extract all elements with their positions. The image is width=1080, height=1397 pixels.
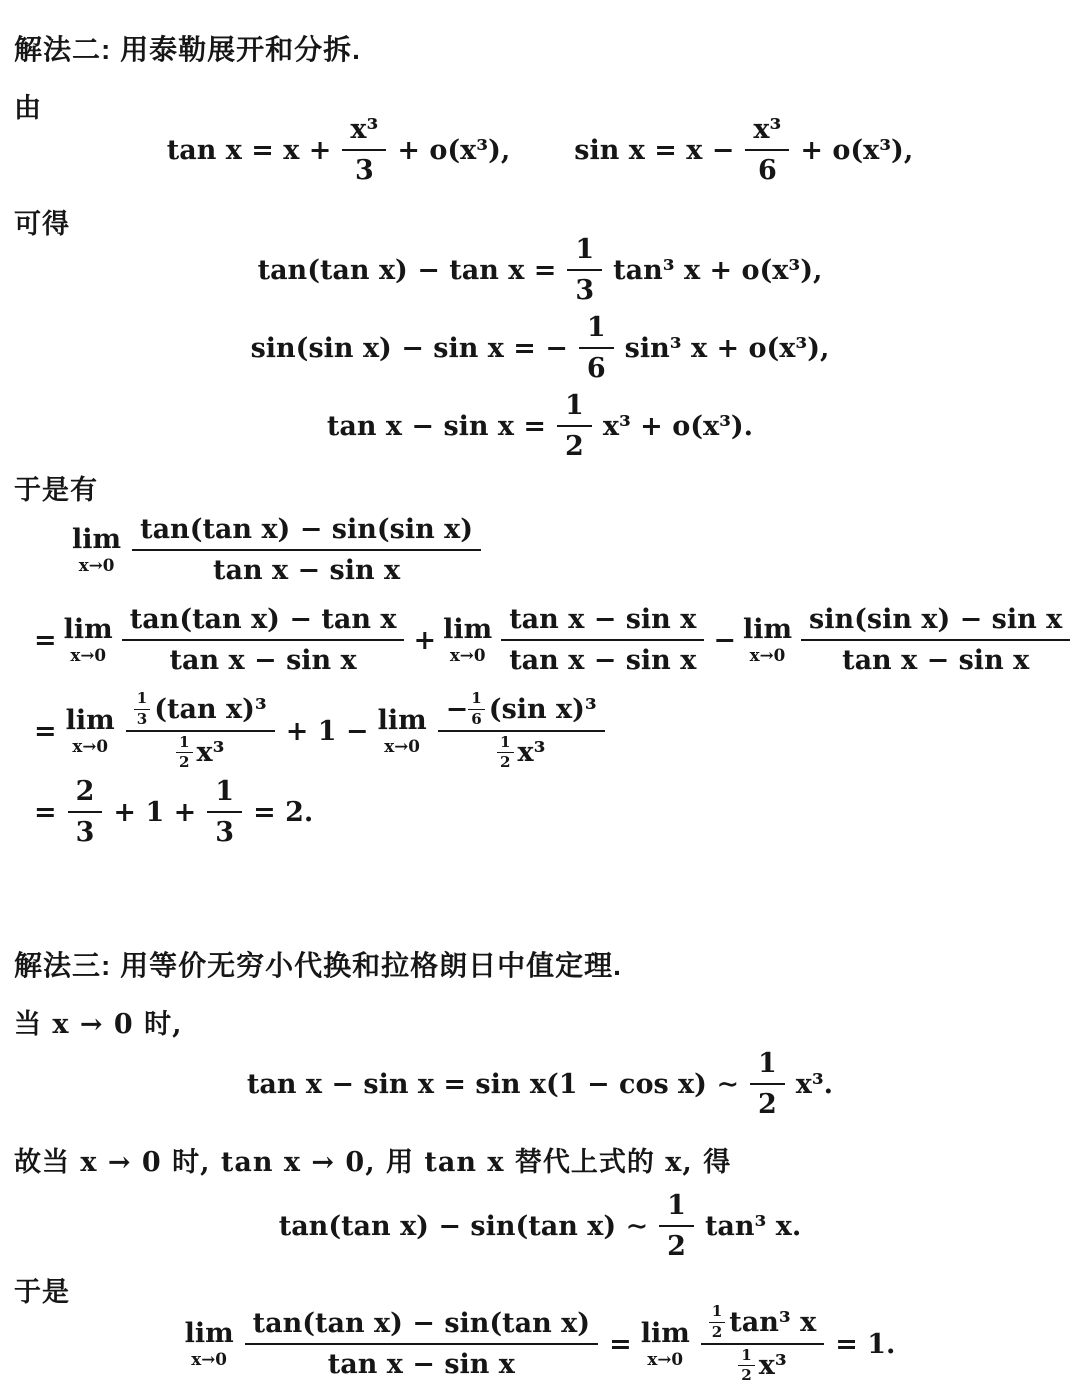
line-c-fraction-2-den-rest: x³ [518,735,546,770]
taylor-equation-row: tan x = x + x³ 3 + o(x³), sin x = x − x³… [0,102,1080,198]
line-c-fraction-1-den: 1 2 x³ [168,732,232,772]
lim-word: lim [743,616,792,643]
mini-fraction-den: 2 [741,1366,752,1384]
subst-eq-fraction: 1 2 [659,1188,694,1264]
one-third-mini-fraction: 1 3 [134,690,151,728]
line-b-plus-sign: + [413,625,436,656]
substituted-equivalence-equation: tan(tan x) − sin(tan x) ∼ 1 2 tan³ x. [0,1184,1080,1268]
line-a-fraction-num: tan(tan x) − sin(sin x) [132,512,481,551]
tantan-expansion-fraction-num: 1 [567,232,602,271]
lim-word: lim [443,616,492,643]
line-b-minus-sign: − [713,625,736,656]
sin-taylor-fraction-num: x³ [745,112,789,151]
solution3-heading: 解法三: 用等价无穷小代换和拉格朗日中值定理. [14,944,622,984]
sinsin-expansion-fraction: 1 6 [579,310,614,386]
subst-eq-rhs: tan³ x. [705,1211,801,1242]
sin-taylor-fraction-den: 6 [750,151,785,188]
lim-subscript: x→0 [70,647,106,664]
lim-subscript: x→0 [647,1351,683,1368]
tanminsin-expansion-equation: tan x − sin x = 1 2 x³ + o(x³). [0,388,1080,464]
one-half-mini-fraction: 1 2 [497,734,514,772]
tanminsin-expansion-rhs: x³ + o(x³). [603,411,753,442]
tanminsin-expansion-fraction: 1 2 [557,388,592,464]
line-b-fraction-2-den: tan x − sin x [501,641,704,678]
tantan-expansion-lhs: tan(tan x) − tan x = [258,255,557,286]
mini-fraction-num: 1 [497,734,514,753]
line-c-middle-terms: + 1 − [286,716,369,747]
mini-fraction-den: 3 [137,710,148,728]
lim-word: lim [185,1320,234,1347]
line-d-fraction-1-num: 2 [68,774,103,813]
sin-taylor-fraction: x³ 6 [745,112,789,188]
lim-word: lim [378,707,427,734]
final-fraction-1-num: tan(tan x) − sin(tan x) [245,1306,598,1345]
line-b-fraction-3-den: tan x − sin x [834,641,1037,678]
line-c-fraction-1-num: 1 3 (tan x)³ [126,690,275,732]
final-equals: = [609,1329,632,1360]
line-d-fraction-2: 1 3 [207,774,242,850]
tantan-expansion-equation: tan(tan x) − tan x = 1 3 tan³ x + o(x³), [0,232,1080,308]
final-fraction-2: 1 2 tan³ x 1 2 x³ [701,1303,824,1385]
equiv-eq-fraction-num: 1 [750,1046,785,1085]
lim-word: lim [641,1320,690,1347]
line-a-fraction-den: tan x − sin x [205,551,408,588]
final-result: = 1. [835,1329,895,1360]
line-b-fraction-2: tan x − sin x tan x − sin x [501,602,704,678]
line-d-equals: = [34,797,57,828]
limit-operator: lim x→0 [185,1320,234,1368]
sin-taylor-equation: sin x = x − x³ 6 + o(x³), [574,112,913,188]
sinsin-expansion-equation: sin(sin x) − sin x = − 1 6 sin³ x + o(x³… [0,310,1080,386]
equiv-eq-fraction: 1 2 [750,1046,785,1122]
tanminsin-expansion-fraction-num: 1 [557,388,592,427]
line-c-fraction-2-num: − 1 6 (sin x)³ [438,690,605,732]
lim-word: lim [66,707,115,734]
line-b-fraction-3-num: sin(sin x) − sin x [801,602,1070,641]
tanminsin-expansion-fraction-den: 2 [557,427,592,464]
tantan-expansion-rhs: tan³ x + o(x³), [613,255,822,286]
line-d-result: = 2. [253,797,313,828]
lim-word: lim [64,616,113,643]
sinsin-expansion-lhs: sin(sin x) − sin x = − [251,333,568,364]
line-c-fraction-2-num-rest: (sin x)³ [489,692,597,727]
tan-taylor-fraction-den: 3 [347,151,382,188]
sinsin-expansion-rhs: sin³ x + o(x³), [625,333,830,364]
line-b-fraction-1-den: tan x − sin x [162,641,365,678]
lim-subscript: x→0 [450,647,486,664]
final-fraction-2-num: 1 2 tan³ x [701,1303,824,1345]
final-fraction-1-den: tan x − sin x [320,1345,523,1382]
tan-taylor-equation: tan x = x + x³ 3 + o(x³), [167,112,510,188]
lim-subscript: x→0 [750,647,786,664]
lim-subscript: x→0 [191,1351,227,1368]
lim-subscript: x→0 [384,738,420,755]
equiv-eq-lhs: tan x − sin x = sin x(1 − cos x) ∼ [247,1069,739,1100]
line-c-fraction-1-den-rest: x³ [197,735,225,770]
line-b-equals: = [34,625,57,656]
solution2-heading: 解法二: 用泰勒展开和分拆. [14,28,361,68]
subst-eq-fraction-num: 1 [659,1188,694,1227]
line-c-equals: = [34,716,57,747]
sinsin-expansion-fraction-den: 6 [579,349,614,386]
lim-subscript: x→0 [72,738,108,755]
tanminsin-expansion-lhs: tan x − sin x = [327,411,546,442]
line-c-fraction-1: 1 3 (tan x)³ 1 2 x³ [126,690,275,772]
final-fraction-2-den: 1 2 x³ [730,1345,794,1385]
line-b-fraction-1-num: tan(tan x) − tan x [122,602,405,641]
line-c-fraction-2-num-sign: − [446,692,469,727]
line-d-fraction-2-num: 1 [207,774,242,813]
final-fraction-1: tan(tan x) − sin(tan x) tan x − sin x [245,1306,598,1382]
mini-fraction-num: 1 [738,1347,755,1366]
mini-fraction-den: 2 [712,1323,723,1341]
mini-fraction-den: 6 [471,710,482,728]
line-d-fraction-1-den: 3 [68,813,103,850]
line-c-fraction-1-num-rest: (tan x)³ [154,692,266,727]
line-c-fraction-2: − 1 6 (sin x)³ 1 2 x³ [438,690,605,772]
substitution-label: 故当 x → 0 时, tan x → 0, 用 tan x 替代上式的 x, … [14,1140,731,1179]
line-b-fraction-3: sin(sin x) − sin x tan x − sin x [801,602,1070,678]
derivation-line-d: = 2 3 + 1 + 1 3 = 2. [34,772,313,852]
line-a-fraction: tan(tan x) − sin(sin x) tan x − sin x [132,512,481,588]
sinsin-expansion-fraction-num: 1 [579,310,614,349]
lim-word: lim [72,526,121,553]
derivation-line-a: lim x→0 tan(tan x) − sin(sin x) tan x − … [72,508,483,592]
final-limit-equation: lim x→0 tan(tan x) − sin(tan x) tan x − … [0,1298,1080,1390]
mini-fraction-num: 1 [176,734,193,753]
one-half-mini-fraction: 1 2 [738,1347,755,1385]
final-fraction-2-den-rest: x³ [759,1348,787,1383]
limit-operator: lim x→0 [72,526,121,574]
derivation-line-c: = lim x→0 1 3 (tan x)³ 1 2 x³ + 1 − [34,688,607,774]
line-d-fraction-1: 2 3 [68,774,103,850]
line-c-fraction-2-den: 1 2 x³ [489,732,553,772]
limit-operator: lim x→0 [743,616,792,664]
mini-fraction-den: 2 [500,753,511,771]
limit-operator: lim x→0 [443,616,492,664]
math-document-page: 解法二: 用泰勒展开和分拆. 由 tan x = x + x³ 3 + o(x³… [0,0,1080,1397]
limit-operator: lim x→0 [64,616,113,664]
final-fraction-2-num-rest: tan³ x [729,1305,816,1340]
mini-fraction-num: 1 [468,690,485,709]
equivalent-infinitesimal-equation: tan x − sin x = sin x(1 − cos x) ∼ 1 2 x… [0,1042,1080,1126]
line-b-fraction-2-num: tan x − sin x [501,602,704,641]
tan-taylor-fraction-num: x³ [342,112,386,151]
lim-subscript: x→0 [79,557,115,574]
line-d-fraction-2-den: 3 [207,813,242,850]
mini-fraction-den: 2 [179,753,190,771]
mini-fraction-num: 1 [709,1303,726,1322]
thus-have-label: 于是有 [14,468,98,507]
limit-operator: lim x→0 [378,707,427,755]
tantan-expansion-fraction: 1 3 [567,232,602,308]
derivation-line-b: = lim x→0 tan(tan x) − tan x tan x − sin… [34,598,1072,682]
tan-taylor-lhs: tan x = x + [167,135,332,166]
limit-operator: lim x→0 [641,1320,690,1368]
tan-taylor-fraction: x³ 3 [342,112,386,188]
mini-fraction-num: 1 [134,690,151,709]
one-half-mini-fraction: 1 2 [709,1303,726,1341]
limit-operator: lim x→0 [66,707,115,755]
tan-taylor-rhs: + o(x³), [397,135,510,166]
subst-eq-fraction-den: 2 [659,1227,694,1264]
sin-taylor-lhs: sin x = x − [574,135,734,166]
one-sixth-mini-fraction: 1 6 [468,690,485,728]
tantan-expansion-fraction-den: 3 [567,271,602,308]
equiv-eq-fraction-den: 2 [750,1085,785,1122]
sin-taylor-rhs: + o(x³), [800,135,913,166]
equiv-eq-rhs: x³. [796,1069,833,1100]
line-d-middle-terms: + 1 + [113,797,196,828]
line-b-fraction-1: tan(tan x) − tan x tan x − sin x [122,602,405,678]
subst-eq-lhs: tan(tan x) − sin(tan x) ∼ [279,1211,648,1242]
one-half-mini-fraction: 1 2 [176,734,193,772]
when-x-to-zero-label: 当 x → 0 时, [14,1002,183,1041]
